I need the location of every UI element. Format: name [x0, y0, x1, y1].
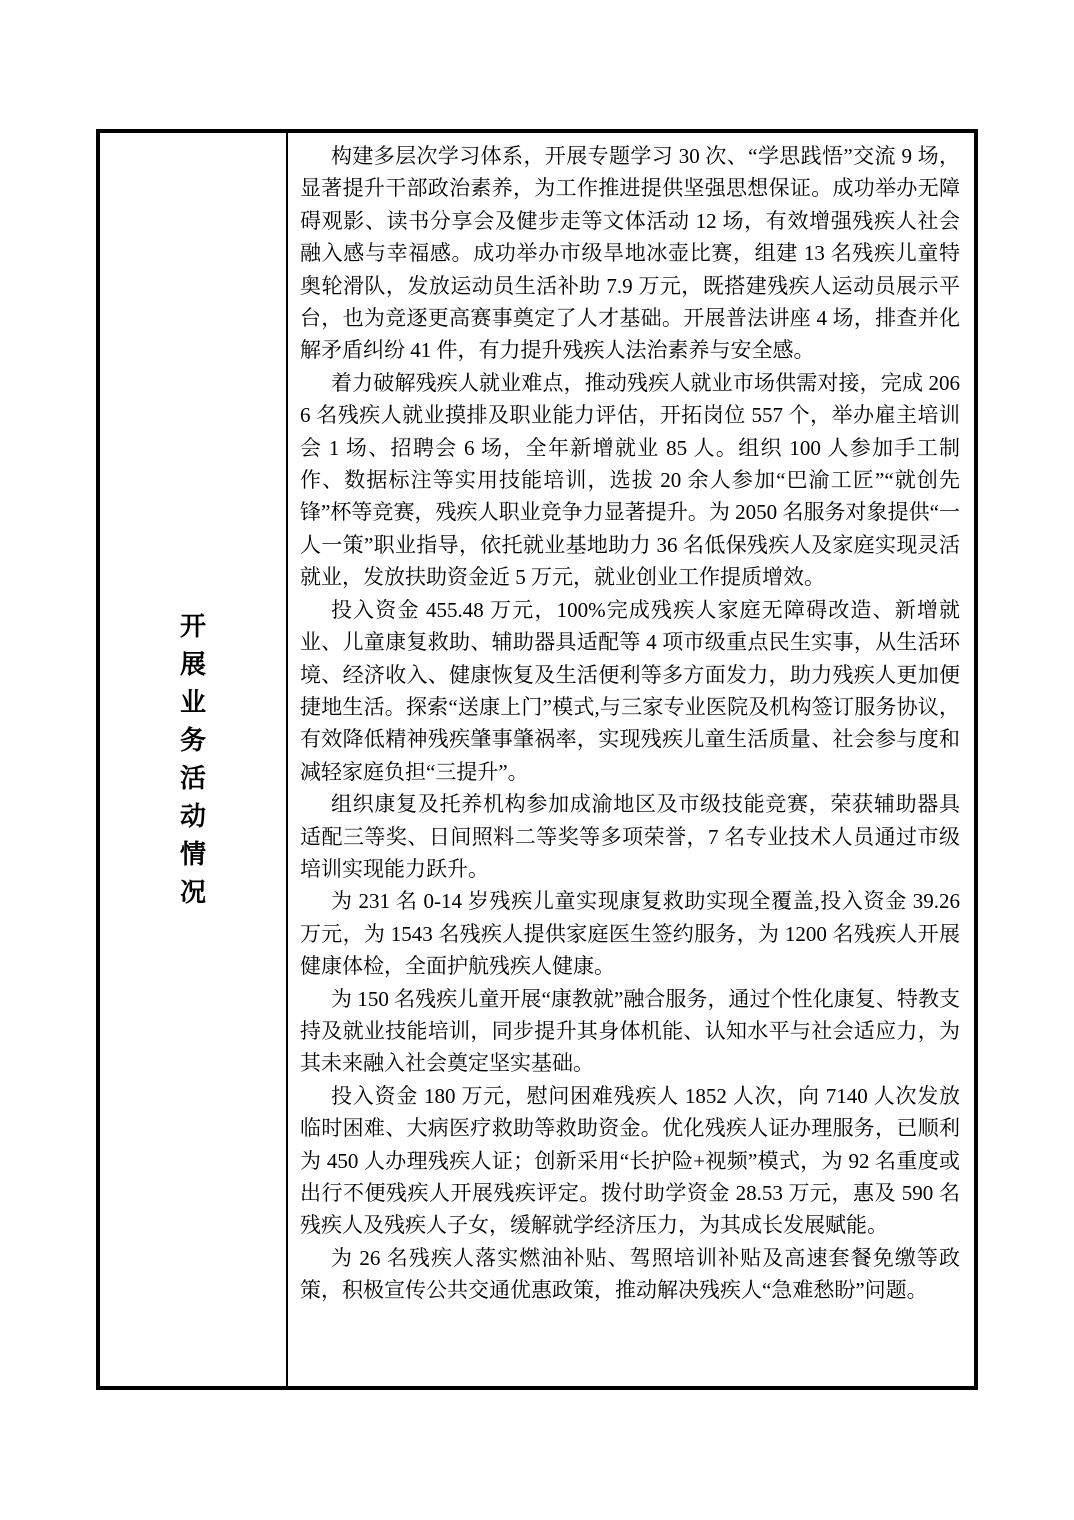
paragraph-study-system: 构建多层次学习体系，开展专题学习 30 次、“学思践悟”交流 9 场，显著提升干… [300, 140, 960, 367]
row-label-char: 开 [180, 608, 206, 646]
row-label-char: 况 [180, 874, 206, 912]
row-label-char: 展 [180, 646, 206, 684]
activity-report-table: 开 展 业 务 活 动 情 况 构建多层次学习体系，开展专题学习 30 次、“学… [96, 129, 978, 1390]
paragraph-relief-funds: 投入资金 180 万元，慰问困难残疾人 1852 人次，向 7140 人次发放临… [300, 1080, 960, 1242]
row-label-char: 务 [180, 722, 206, 760]
paragraph-employment: 着力破解残疾人就业难点，推动残疾人就业市场供需对接，完成 2066 名残疾人就业… [300, 367, 960, 594]
paragraph-children-rehab: 为 231 名 0-14 岁残疾儿童实现康复救助实现全覆盖,投入资金 39.26… [300, 885, 960, 982]
row-label-char: 情 [180, 836, 206, 874]
row-label-cell: 开 展 业 务 活 动 情 况 [100, 133, 288, 1386]
row-label-char: 动 [180, 798, 206, 836]
activity-content-cell: 构建多层次学习体系，开展专题学习 30 次、“学思践悟”交流 9 场，显著提升干… [288, 133, 974, 1386]
document-page: 开 展 业 务 活 动 情 况 构建多层次学习体系，开展专题学习 30 次、“学… [0, 0, 1074, 1520]
row-label-char: 业 [180, 684, 206, 722]
row-label-char: 活 [180, 760, 206, 798]
paragraph-subsidy-policy: 为 26 名残疾人落实燃油补贴、驾照培训补贴及高速套餐免缴等政策，积极宣传公共交… [300, 1242, 960, 1307]
paragraph-integrated-service: 为 150 名残疾儿童开展“康教就”融合服务，通过个性化康复、特教支持及就业技能… [300, 983, 960, 1080]
paragraph-funding-livelihood: 投入资金 455.48 万元，100%完成残疾人家庭无障碍改造、新增就业、儿童康… [300, 594, 960, 788]
paragraph-rehab-competition: 组织康复及托养机构参加成渝地区及市级技能竞赛，荣获辅助器具适配三等奖、日间照料二… [300, 788, 960, 885]
